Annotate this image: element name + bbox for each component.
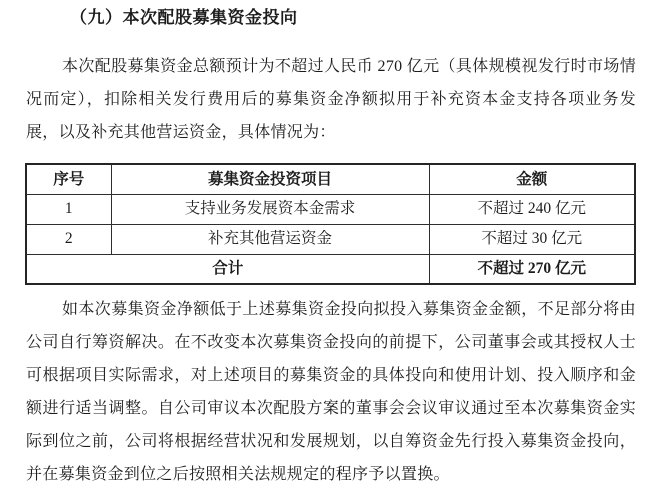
row-no: 1 xyxy=(26,194,111,224)
row-amount: 不超过 240 亿元 xyxy=(429,194,635,224)
intro-paragraph: 本次配股募集资金总额预计为不超过人民币 270 亿元（具体规模视发行时市场情况而… xyxy=(26,50,636,149)
row-no: 2 xyxy=(26,224,111,254)
row-project: 支持业务发展资本金需求 xyxy=(111,194,429,224)
row-project: 补充其他营运资金 xyxy=(111,224,429,254)
row-amount: 不超过 30 亿元 xyxy=(429,224,635,254)
document-page: （九）本次配股募集资金投向 本次配股募集资金总额预计为不超过人民币 270 亿元… xyxy=(0,0,660,499)
total-label: 合计 xyxy=(26,254,429,284)
closing-paragraph: 如本次募集资金净额低于上述募集资金投向拟投入募集资金金额，不足部分将由公司自行筹… xyxy=(26,293,636,491)
column-header-project: 募集资金投资项目 xyxy=(111,164,429,194)
fund-allocation-table: 序号 募集资金投资项目 金额 1 支持业务发展资本金需求 不超过 240 亿元 … xyxy=(25,163,636,285)
column-header-no: 序号 xyxy=(26,164,111,194)
total-amount: 不超过 270 亿元 xyxy=(429,254,635,284)
section-heading: （九）本次配股募集资金投向 xyxy=(70,6,636,30)
table-row: 2 补充其他营运资金 不超过 30 亿元 xyxy=(26,224,635,254)
column-header-amount: 金额 xyxy=(429,164,635,194)
table-header-row: 序号 募集资金投资项目 金额 xyxy=(26,164,635,194)
table-row: 1 支持业务发展资本金需求 不超过 240 亿元 xyxy=(26,194,635,224)
table-total-row: 合计 不超过 270 亿元 xyxy=(26,254,635,284)
